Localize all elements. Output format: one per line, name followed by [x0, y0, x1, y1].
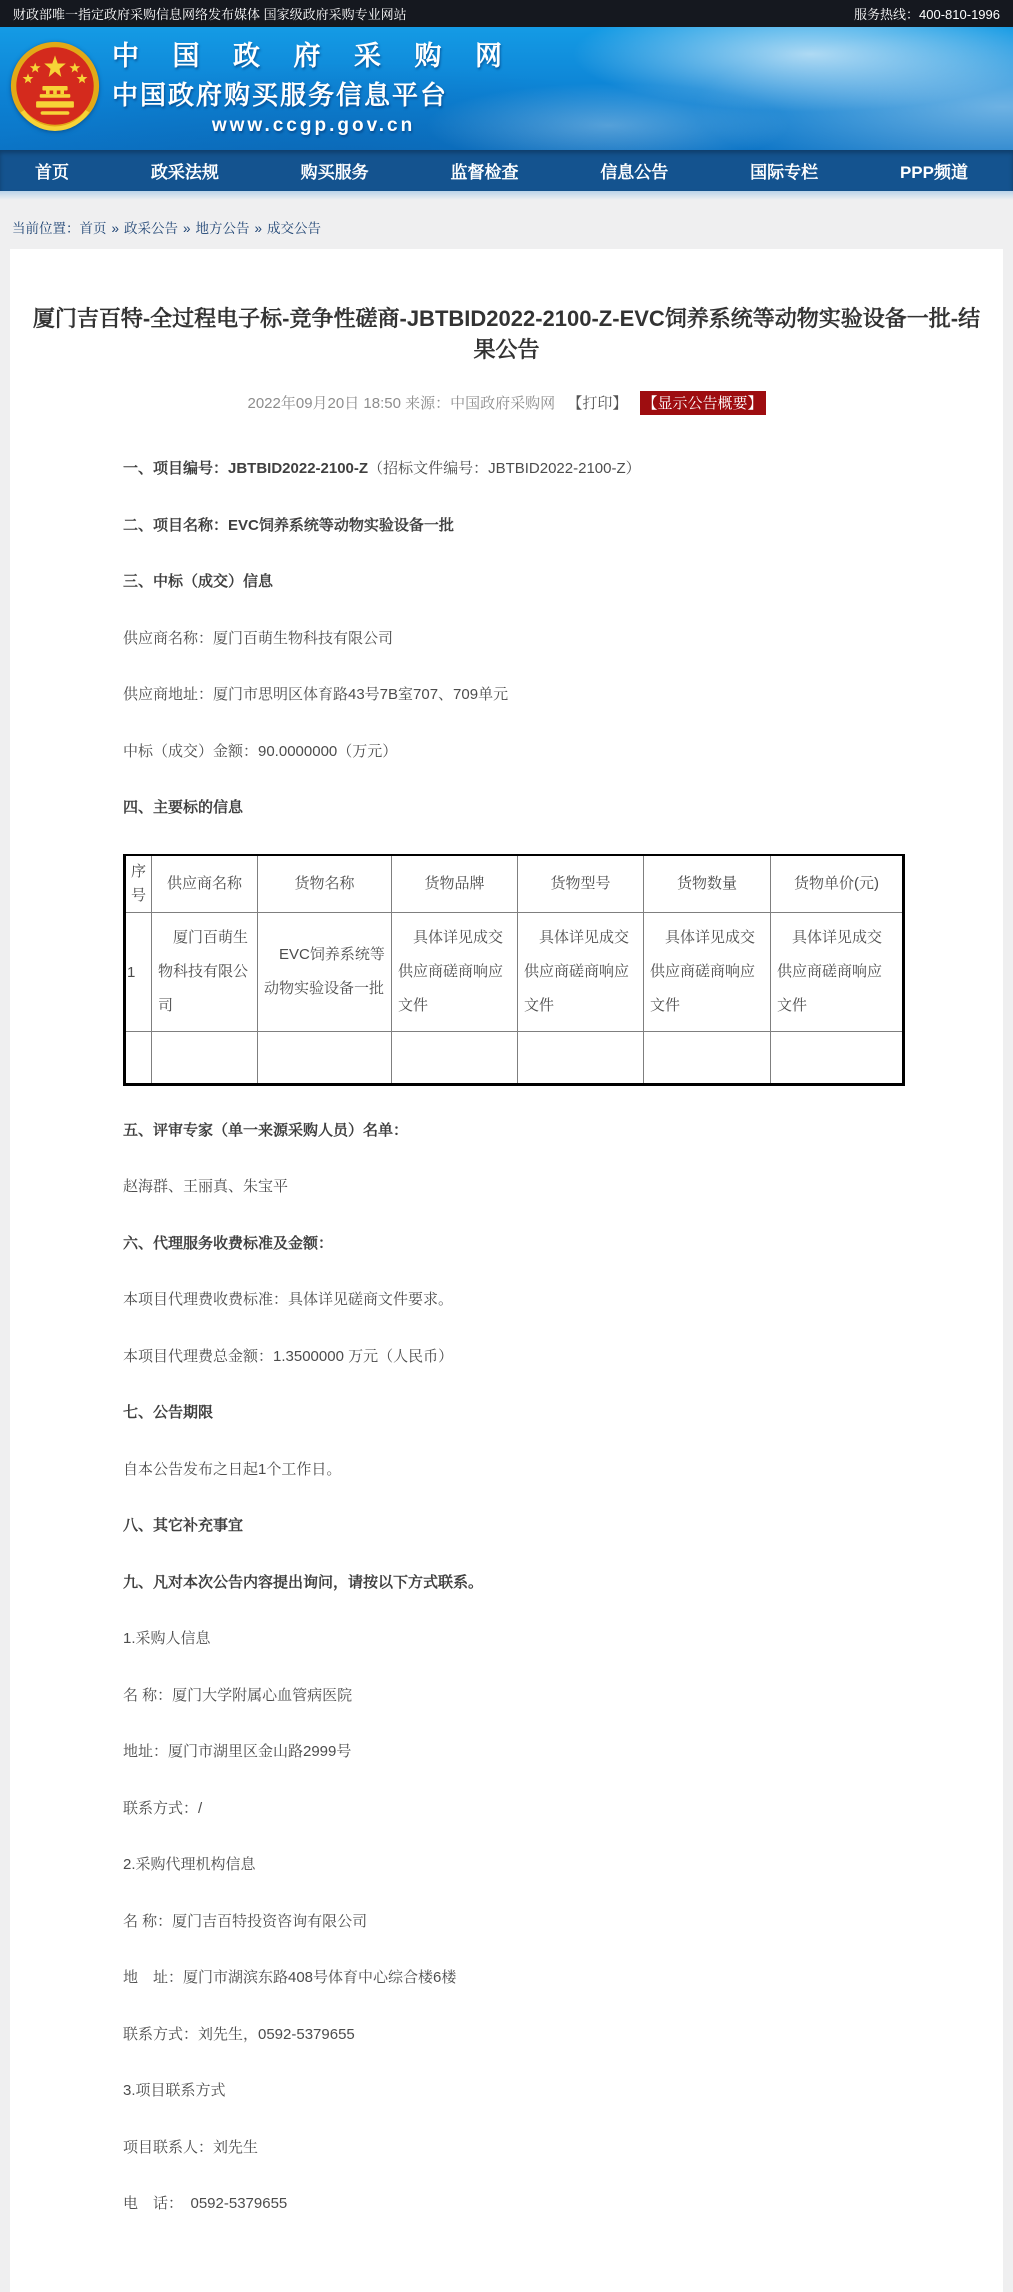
source-name: 中国政府采购网 [450, 395, 555, 412]
topbar-slogan: 财政部唯一指定政府采购信息网络发布媒体 国家级政府采购专业网站 [13, 4, 407, 23]
breadcrumb-link-home[interactable]: 首页 [80, 221, 107, 236]
table-cell: 具体详见成交供应商磋商响应文件 [771, 913, 904, 1031]
body-paragraph: 联系方式：/ [123, 1798, 904, 1821]
site-url: www.ccgp.gov.cn [112, 115, 515, 137]
paragraph-text: 联系方式：/ [123, 1800, 202, 1817]
table-empty-cell [771, 1031, 904, 1084]
body-paragraph: 电 话： 0592-5379655 [123, 2193, 904, 2216]
site-banner: 中 国 政 府 采 购 网 中国政府购买服务信息平台 www.ccgp.gov.… [0, 27, 1013, 150]
table-empty-cell [518, 1031, 644, 1084]
table-empty-cell [644, 1031, 771, 1084]
body-paragraph: 赵海群、王丽真、朱宝平 [123, 1176, 904, 1199]
table-header-cell: 货物品牌 [392, 855, 518, 913]
section-heading: 八、其它补充事宜 [123, 1515, 904, 1538]
section-heading: 五、评审专家（单一来源采购人员）名单： [123, 1120, 904, 1143]
site-name: 中 国 政 府 采 购 网 [112, 34, 515, 73]
paragraph-text: 项目联系人：刘先生 [123, 2139, 258, 2156]
paragraph-text: 七、公告期限 [123, 1404, 213, 1421]
breadcrumb-prefix: 当前位置： [12, 221, 80, 236]
paragraph-text: 八、其它补充事宜 [123, 1517, 243, 1534]
body-paragraph: 供应商名称：厦门百萌生物科技有限公司 [123, 628, 904, 651]
paragraph-text: 地址：厦门市湖里区金山路2999号 [123, 1743, 351, 1760]
paragraph-text: 2.采购代理机构信息 [123, 1856, 256, 1873]
body-paragraph: 供应商地址：厦门市思明区体育路43号7B室707、709单元 [123, 684, 904, 707]
site-subtitle: 中国政府购买服务信息平台 [112, 75, 515, 112]
body-paragraph: 地 址：厦门市湖滨东路408号体育中心综合楼6楼 [123, 1967, 904, 1990]
body-paragraph: 名 称：厦门吉百特投资咨询有限公司 [123, 1911, 904, 1934]
nav-item-purchase-services[interactable]: 购买服务 [301, 158, 369, 183]
nav-item-international[interactable]: 国际专栏 [750, 158, 818, 183]
table-header-cell: 货物型号 [518, 855, 644, 913]
table-header-cell: 货物数量 [644, 855, 771, 913]
paragraph-text: 名 称：厦门大学附属心血管病医院 [123, 1687, 352, 1704]
show-summary-button[interactable]: 【显示公告概要】 [640, 391, 766, 415]
breadcrumb-separator: » [255, 221, 263, 236]
section-heading: 六、代理服务收费标准及金额： [123, 1233, 904, 1256]
body-paragraph: 中标（成交）金额：90.0000000（万元） [123, 741, 904, 764]
main-nav: 首页政采法规购买服务监督检查信息公告国际专栏PPP频道 [0, 150, 1013, 191]
table-cell: EVC饲养系统等动物实验设备一批 [258, 913, 392, 1031]
paragraph-tail: （招标文件编号：JBTBID2022-2100-Z） [368, 460, 641, 477]
paragraph-text: 1.采购人信息 [123, 1630, 211, 1647]
nav-item-home[interactable]: 首页 [35, 158, 69, 183]
paragraph-text: 赵海群、王丽真、朱宝平 [123, 1178, 288, 1195]
paragraph-text: 供应商名称：厦门百萌生物科技有限公司 [123, 630, 393, 647]
paragraph-text: 名 称：厦门吉百特投资咨询有限公司 [123, 1913, 367, 1930]
nav-bottom-gradient [0, 191, 1013, 200]
publish-datetime: 2022年09月20日 18:50 [247, 395, 400, 412]
national-emblem-icon [10, 41, 100, 131]
paragraph-text: 本项目代理费总金额：1.3500000 万元（人民币） [123, 1348, 453, 1365]
paragraph-text: 地 址：厦门市湖滨东路408号体育中心综合楼6楼 [123, 1969, 456, 1986]
paragraph-text: 中标（成交）金额：90.0000000（万元） [123, 743, 397, 760]
body-paragraph: 自本公告发布之日起1个工作日。 [123, 1459, 904, 1482]
site-titles: 中 国 政 府 采 购 网 中国政府购买服务信息平台 www.ccgp.gov.… [112, 34, 515, 137]
body-paragraph: 2.采购代理机构信息 [123, 1854, 904, 1877]
page-title: 厦门吉百特-全过程电子标-竞争性磋商-JBTBID2022-2100-Z-EVC… [10, 249, 1003, 365]
table-empty-cell [392, 1031, 518, 1084]
body-paragraph: 本项目代理费总金额：1.3500000 万元（人民币） [123, 1346, 904, 1369]
table-cell: 1 [125, 913, 152, 1031]
table-empty-cell [152, 1031, 258, 1084]
article-card: 厦门吉百特-全过程电子标-竞争性磋商-JBTBID2022-2100-Z-EVC… [10, 249, 1003, 2292]
main-lot-table: 序号供应商名称货物名称货物品牌货物型号货物数量货物单价(元)1厦门百萌生物科技有… [123, 854, 905, 1086]
section-heading: 三、中标（成交）信息 [123, 571, 904, 594]
section-heading: 二、项目名称：EVC饲养系统等动物实验设备一批 [123, 515, 904, 538]
top-utility-bar: 财政部唯一指定政府采购信息网络发布媒体 国家级政府采购专业网站 服务热线：400… [0, 0, 1013, 27]
table-header-cell: 货物单价(元) [771, 855, 904, 913]
table-cell: 具体详见成交供应商磋商响应文件 [392, 913, 518, 1031]
paragraph-text: 电 话： 0592-5379655 [123, 2195, 287, 2212]
section-heading: 一、项目编号：JBTBID2022-2100-Z（招标文件编号：JBTBID20… [123, 458, 904, 481]
table-header-cell: 序号 [125, 855, 152, 913]
body-paragraph: 地址：厦门市湖里区金山路2999号 [123, 1741, 904, 1764]
nav-item-supervision[interactable]: 监督检查 [450, 158, 518, 183]
table-header-cell: 货物名称 [258, 855, 392, 913]
paragraph-text: 一、项目编号：JBTBID2022-2100-Z [123, 460, 368, 477]
breadcrumb-link-procurement-announcements[interactable]: 政采公告 [124, 221, 178, 236]
service-hotline: 服务热线：400-810-1996 [854, 4, 1000, 23]
article-meta: 2022年09月20日 18:50 来源：中国政府采购网 【打印】 【显示公告概… [10, 391, 1003, 415]
table-empty-cell [258, 1031, 392, 1084]
body-paragraph: 项目联系人：刘先生 [123, 2137, 904, 2160]
body-paragraph: 联系方式：刘先生，0592-5379655 [123, 2024, 904, 2047]
nav-item-regulations[interactable]: 政采法规 [151, 158, 219, 183]
breadcrumb-separator: » [112, 221, 120, 236]
breadcrumb-link-local-announcements[interactable]: 地方公告 [196, 221, 250, 236]
nav-item-ppp[interactable]: PPP频道 [900, 158, 968, 183]
paragraph-text: 五、评审专家（单一来源采购人员）名单： [123, 1122, 408, 1139]
paragraph-text: 本项目代理费收费标准：具体详见磋商文件要求。 [123, 1291, 453, 1308]
site-logo[interactable]: 中 国 政 府 采 购 网 中国政府购买服务信息平台 www.ccgp.gov.… [10, 34, 515, 137]
paragraph-text: 四、主要标的信息 [123, 799, 243, 816]
body-paragraph: 3.项目联系方式 [123, 2080, 904, 2103]
source-label: 来源： [405, 395, 450, 412]
paragraph-text: 自本公告发布之日起1个工作日。 [123, 1461, 341, 1478]
paragraph-text: 九、凡对本次公告内容提出询问，请按以下方式联系。 [123, 1574, 483, 1591]
table-cell: 具体详见成交供应商磋商响应文件 [518, 913, 644, 1031]
breadcrumb: 当前位置：首页»政采公告»地方公告»成交公告 [0, 200, 1013, 249]
paragraph-text: 3.项目联系方式 [123, 2082, 226, 2099]
table-empty-cell [125, 1031, 152, 1084]
section-heading: 四、主要标的信息 [123, 797, 904, 820]
paragraph-text: 六、代理服务收费标准及金额： [123, 1235, 333, 1252]
paragraph-text: 三、中标（成交）信息 [123, 573, 273, 590]
body-paragraph: 本项目代理费收费标准：具体详见磋商文件要求。 [123, 1289, 904, 1312]
table-cell: 厦门百萌生物科技有限公司 [152, 913, 258, 1031]
paragraph-text: 联系方式：刘先生，0592-5379655 [123, 2026, 355, 2043]
section-heading: 九、凡对本次公告内容提出询问，请按以下方式联系。 [123, 1572, 904, 1595]
breadcrumb-link-deal-announcements[interactable]: 成交公告 [267, 221, 321, 236]
paragraph-text: 二、项目名称：EVC饲养系统等动物实验设备一批 [123, 517, 454, 534]
nav-item-announcements[interactable]: 信息公告 [600, 158, 668, 183]
body-paragraph: 名 称：厦门大学附属心血管病医院 [123, 1685, 904, 1708]
article-body: 一、项目编号：JBTBID2022-2100-Z（招标文件编号：JBTBID20… [10, 415, 1003, 2215]
section-heading: 七、公告期限 [123, 1402, 904, 1425]
table-header-cell: 供应商名称 [152, 855, 258, 913]
print-button[interactable]: 【打印】 [567, 395, 627, 412]
paragraph-text: 供应商地址：厦门市思明区体育路43号7B室707、709单元 [123, 686, 508, 703]
body-paragraph: 1.采购人信息 [123, 1628, 904, 1651]
table-cell: 具体详见成交供应商磋商响应文件 [644, 913, 771, 1031]
breadcrumb-separator: » [183, 221, 191, 236]
